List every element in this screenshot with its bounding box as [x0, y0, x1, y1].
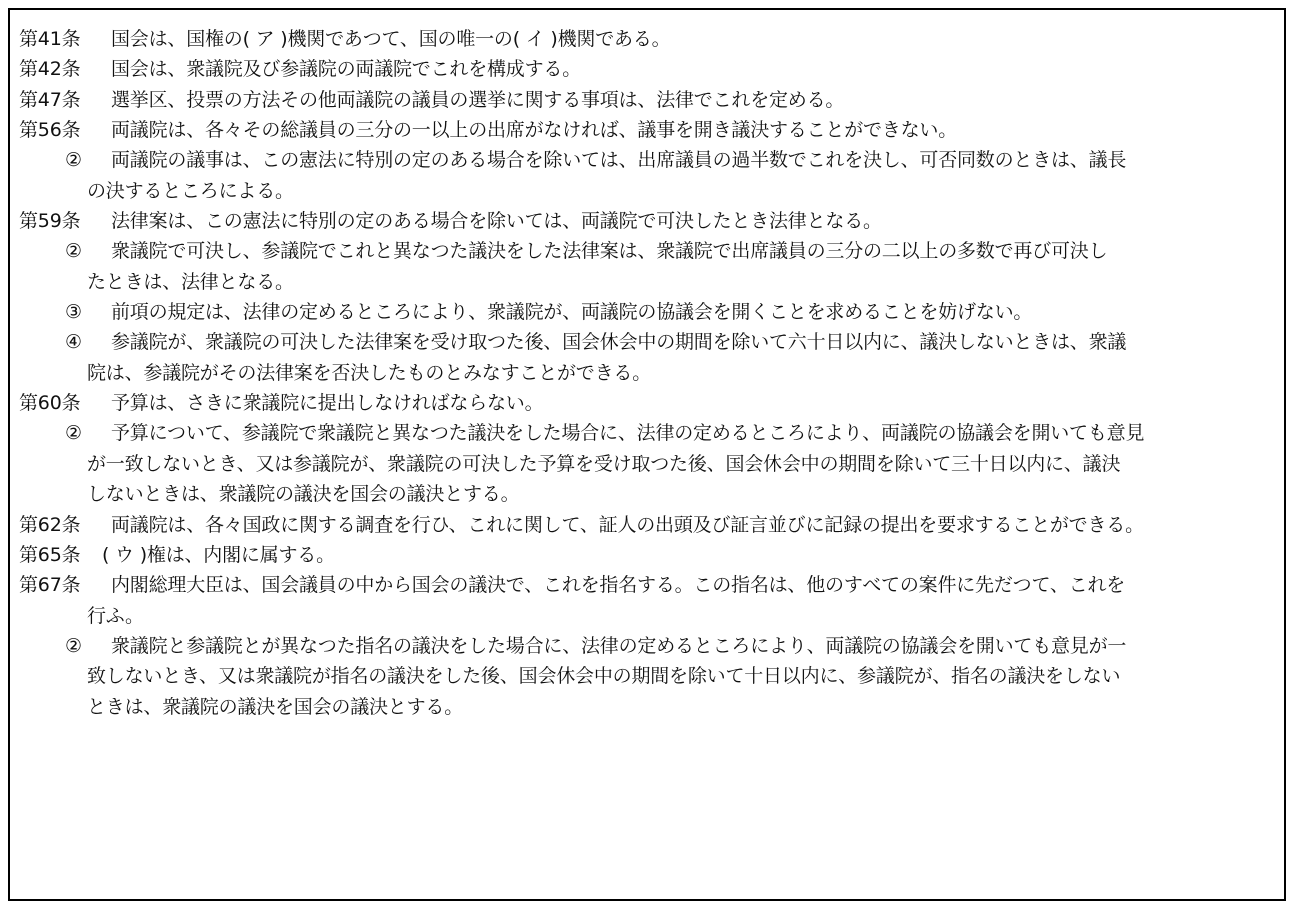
document-frame: 第41条 国会は、国権の( ア )機関であつて、国の唯一の( イ )機関である。…: [8, 8, 1286, 901]
article-56: 第56条 両議院は、各々その総議員の三分の一以上の出席がなければ、議事を開き議決…: [10, 115, 1284, 145]
article-47: 第47条 選挙区、投票の方法その他両議院の議員の選挙に関する事項は、法律でこれを…: [10, 85, 1284, 115]
article-number: 第59条: [19, 206, 80, 236]
paragraph-text: 前項の規定は、法律の定めるところにより、衆議院が、両議院の協議会を開くことを求め…: [111, 297, 1032, 327]
article-text: 選挙区、投票の方法その他両議院の議員の選挙に関する事項は、法律でこれを定める。: [111, 85, 844, 115]
paragraph-text: 衆議院と参議院とが異なつた指名の議決をした場合に、法律の定めるところにより、両議…: [111, 631, 1126, 661]
article-59-paragraph-2: ② 衆議院で可決し、参議院でこれと異なつた議決をした法律案は、衆議院で出席議員の…: [10, 236, 1284, 266]
article-text: 法律案は、この憲法に特別の定のある場合を除いては、両議院で可決したとき法律となる…: [111, 206, 882, 236]
paragraph-number: ②: [65, 631, 82, 661]
article-text: 両議院は、各々その総議員の三分の一以上の出席がなければ、議事を開き議決することが…: [111, 115, 957, 145]
article-number: 第60条: [19, 388, 80, 418]
article-number: 第65条: [19, 540, 80, 570]
article-number: 第62条: [19, 510, 80, 540]
paragraph-number: ②: [65, 418, 82, 448]
paragraph-text: 致しないとき、又は衆議院が指名の議決をした後、国会休会中の期間を除いて十日以内に…: [87, 661, 1120, 691]
article-67-paragraph-2-continuation: 致しないとき、又は衆議院が指名の議決をした後、国会休会中の期間を除いて十日以内に…: [10, 661, 1284, 691]
article-59-paragraph-2-continuation: たときは、法律となる。: [10, 267, 1284, 297]
article-56-paragraph-2-continuation: の決するところによる。: [10, 176, 1284, 206]
article-text: 国会は、国権の( ア )機関であつて、国の唯一の( イ )機関である。: [111, 24, 670, 54]
article-text: 両議院は、各々国政に関する調査を行ひ、これに関して、証人の出頭及び証言並びに記録…: [111, 510, 1144, 540]
article-number: 第42条: [19, 54, 80, 84]
paragraph-text: 両議院の議事は、この憲法に特別の定のある場合を除いては、出席議員の過半数でこれを…: [111, 145, 1126, 175]
article-67-paragraph-2-continuation: ときは、衆議院の議決を国会の議決とする。: [10, 692, 1284, 722]
article-number: 第41条: [19, 24, 80, 54]
paragraph-text: 衆議院で可決し、参議院でこれと異なつた議決をした法律案は、衆議院で出席議員の三分…: [111, 236, 1107, 266]
paragraph-text: の決するところによる。: [87, 176, 294, 206]
paragraph-text: 院は、参議院がその法律案を否決したものとみなすことができる。: [87, 358, 651, 388]
article-text: 予算は、さきに衆議院に提出しなければならない。: [111, 388, 543, 418]
paragraph-text: たときは、法律となる。: [87, 267, 294, 297]
article-59-paragraph-3: ③ 前項の規定は、法律の定めるところにより、衆議院が、両議院の協議会を開くことを…: [10, 297, 1284, 327]
article-text: ( ウ )権は、内閣に属する。: [102, 540, 335, 570]
article-60-paragraph-2: ② 予算について、参議院で衆議院と異なつた議決をした場合に、法律の定めるところに…: [10, 418, 1284, 448]
paragraph-number: ②: [65, 145, 82, 175]
article-60-paragraph-2-continuation: しないときは、衆議院の議決を国会の議決とする。: [10, 479, 1284, 509]
article-60: 第60条 予算は、さきに衆議院に提出しなければならない。: [10, 388, 1284, 418]
article-56-paragraph-2: ② 両議院の議事は、この憲法に特別の定のある場合を除いては、出席議員の過半数でこ…: [10, 145, 1284, 175]
article-42: 第42条 国会は、衆議院及び参議院の両議院でこれを構成する。: [10, 54, 1284, 84]
article-text: 国会は、衆議院及び参議院の両議院でこれを構成する。: [111, 54, 581, 84]
article-number: 第47条: [19, 85, 80, 115]
article-41: 第41条 国会は、国権の( ア )機関であつて、国の唯一の( イ )機関である。: [10, 24, 1284, 54]
paragraph-number: ④: [65, 327, 82, 357]
article-number: 第67条: [19, 570, 80, 600]
paragraph-text: しないときは、衆議院の議決を国会の議決とする。: [87, 479, 519, 509]
article-60-paragraph-2-continuation: が一致しないとき、又は参議院が、衆議院の可決した予算を受け取つた後、国会休会中の…: [10, 449, 1284, 479]
paragraph-text: が一致しないとき、又は参議院が、衆議院の可決した予算を受け取つた後、国会休会中の…: [87, 449, 1120, 479]
article-62: 第62条 両議院は、各々国政に関する調査を行ひ、これに関して、証人の出頭及び証言…: [10, 510, 1284, 540]
constitution-excerpt: 第41条 国会は、国権の( ア )機関であつて、国の唯一の( イ )機関である。…: [10, 24, 1284, 722]
article-text: 内閣総理大臣は、国会議員の中から国会の議決で、これを指名する。この指名は、他のす…: [111, 570, 1125, 600]
article-59: 第59条 法律案は、この憲法に特別の定のある場合を除いては、両議院で可決したとき…: [10, 206, 1284, 236]
article-65: 第65条 ( ウ )権は、内閣に属する。: [10, 540, 1284, 570]
paragraph-text: ときは、衆議院の議決を国会の議決とする。: [87, 692, 463, 722]
paragraph-number: ③: [65, 297, 82, 327]
article-59-paragraph-4-continuation: 院は、参議院がその法律案を否決したものとみなすことができる。: [10, 358, 1284, 388]
article-67-continuation: 行ふ。: [10, 601, 1284, 631]
paragraph-text: 予算について、参議院で衆議院と異なつた議決をした場合に、法律の定めるところにより…: [111, 418, 1144, 448]
article-number: 第56条: [19, 115, 80, 145]
article-67: 第67条 内閣総理大臣は、国会議員の中から国会の議決で、これを指名する。この指名…: [10, 570, 1284, 600]
article-59-paragraph-4: ④ 参議院が、衆議院の可決した法律案を受け取つた後、国会休会中の期間を除いて六十…: [10, 327, 1284, 357]
article-text: 行ふ。: [87, 601, 144, 631]
paragraph-number: ②: [65, 236, 82, 266]
paragraph-text: 参議院が、衆議院の可決した法律案を受け取つた後、国会休会中の期間を除いて六十日以…: [111, 327, 1126, 357]
article-67-paragraph-2: ② 衆議院と参議院とが異なつた指名の議決をした場合に、法律の定めるところにより、…: [10, 631, 1284, 661]
